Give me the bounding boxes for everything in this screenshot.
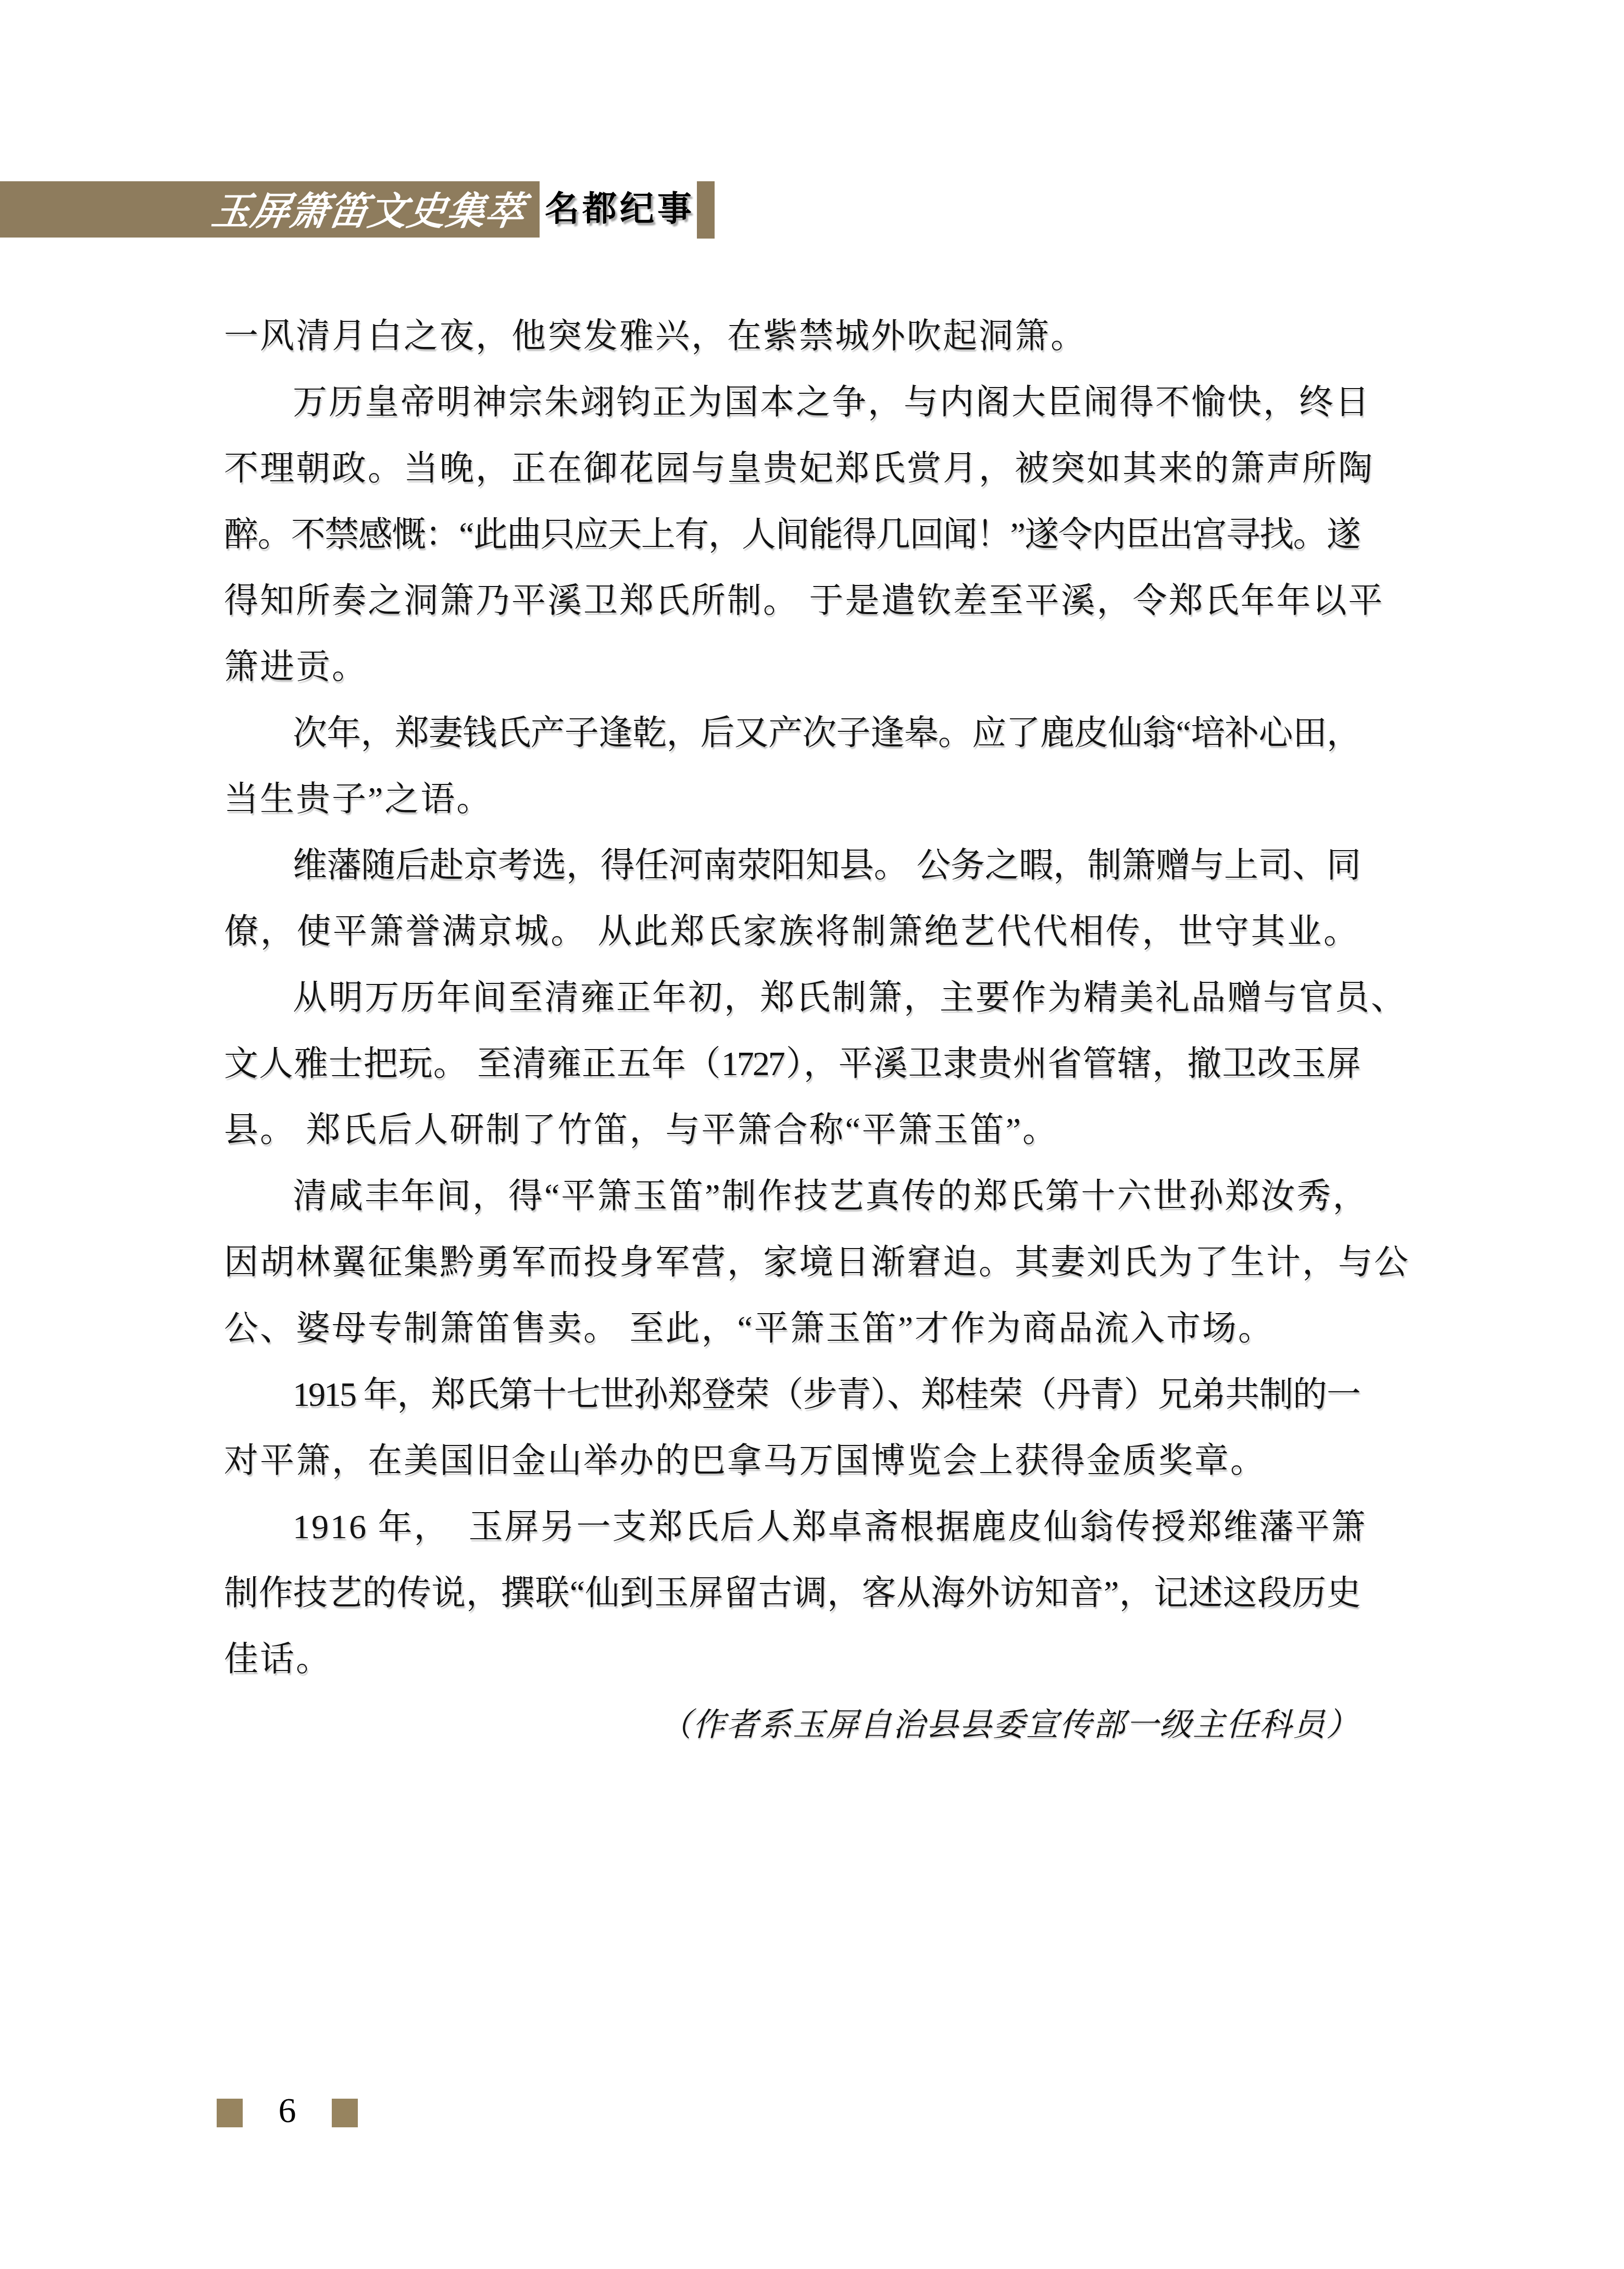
body-line: 次年，郑妻钱氏产子逢乾，后又产次子逢皋。应了鹿皮仙翁“培补心田， bbox=[224, 700, 1359, 766]
author-attribution: （作者系玉屏自治县县委宣传部一级主任科员） bbox=[224, 1692, 1359, 1759]
body-line: 从明万历年间至清雍正年初，郑氏制箫，主要作为精美礼品赠与官员、 bbox=[224, 965, 1359, 1031]
body-line: 文人雅士把玩。 至清雍正五年（1727），平溪卫隶贵州省管辖，撤卫改玉屏 bbox=[224, 1031, 1359, 1097]
body-line: 县。 郑氏后人研制了竹笛，与平箫合称“平箫玉笛”。 bbox=[224, 1097, 1359, 1163]
body-line: 公、婆母专制箫笛售卖。 至此，“平箫玉笛”才作为商品流入市场。 bbox=[224, 1295, 1359, 1362]
banner-calligraphy-title: 玉屏箫笛文史集萃 bbox=[209, 181, 529, 236]
book-page: 玉屏箫笛文史集萃 名都纪事 一风清月白之夜，他突发雅兴，在紫禁城外吹起洞箫。 万… bbox=[0, 0, 1624, 2269]
body-line: 一风清月白之夜，他突发雅兴，在紫禁城外吹起洞箫。 bbox=[224, 303, 1359, 369]
body-line: 不理朝政。当晚，正在御花园与皇贵妃郑氏赏月，被突如其来的箫声所陶 bbox=[224, 435, 1359, 502]
body-line: 1916 年， 玉屏另一支郑氏后人郑卓斋根据鹿皮仙翁传授郑维藩平箫 bbox=[224, 1494, 1359, 1560]
body-line: 得知所奏之洞箫乃平溪卫郑氏所制。 于是遣钦差至平溪，令郑氏年年以平 bbox=[224, 568, 1359, 634]
body-line: 因胡林翼征集黔勇军而投身军营，家境日渐窘迫。其妻刘氏为了生计，与公 bbox=[224, 1229, 1359, 1295]
body-line: 佳话。 bbox=[224, 1626, 1359, 1692]
body-line: 万历皇帝明神宗朱翊钧正为国本之争，与内阁大臣闹得不愉快，终日 bbox=[224, 369, 1359, 435]
page-number: 6 bbox=[243, 2092, 332, 2128]
header-ornament-block bbox=[697, 181, 715, 239]
section-title: 名都纪事 bbox=[545, 181, 695, 238]
body-line: 维藩随后赴京考选，得任河南荥阳知县。 公务之暇，制箫赠与上司、同 bbox=[224, 832, 1359, 899]
body-line: 清咸丰年间，得“平箫玉笛”制作技艺真传的郑氏第十六世孙郑汝秀， bbox=[224, 1163, 1359, 1229]
header-band: 玉屏箫笛文史集萃 bbox=[0, 181, 540, 238]
body-line: 当生贵子”之语。 bbox=[224, 766, 1359, 832]
body-line: 僚，使平箫誉满京城。 从此郑氏家族将制箫绝艺代代相传，世守其业。 bbox=[224, 899, 1359, 965]
body-line: 1915 年，郑氏第十七世孙郑登荣（步青）、郑桂荣（丹青）兄弟共制的一 bbox=[224, 1362, 1359, 1428]
footer-ornament-right bbox=[332, 2099, 358, 2127]
footer-ornament-left bbox=[217, 2099, 243, 2127]
body-line: 醉。不禁感慨：“此曲只应天上有，人间能得几回闻！”遂令内臣出宫寻找。遂 bbox=[224, 502, 1359, 568]
body-line: 制作技艺的传说，撰联“仙到玉屏留古调，客从海外访知音”，记述这段历史 bbox=[224, 1560, 1359, 1626]
body-line: 对平箫，在美国旧金山举办的巴拿马万国博览会上获得金质奖章。 bbox=[224, 1428, 1359, 1494]
body-line: 箫进贡。 bbox=[224, 634, 1359, 700]
article-body: 一风清月白之夜，他突发雅兴，在紫禁城外吹起洞箫。 万历皇帝明神宗朱翊钧正为国本之… bbox=[224, 303, 1359, 1759]
